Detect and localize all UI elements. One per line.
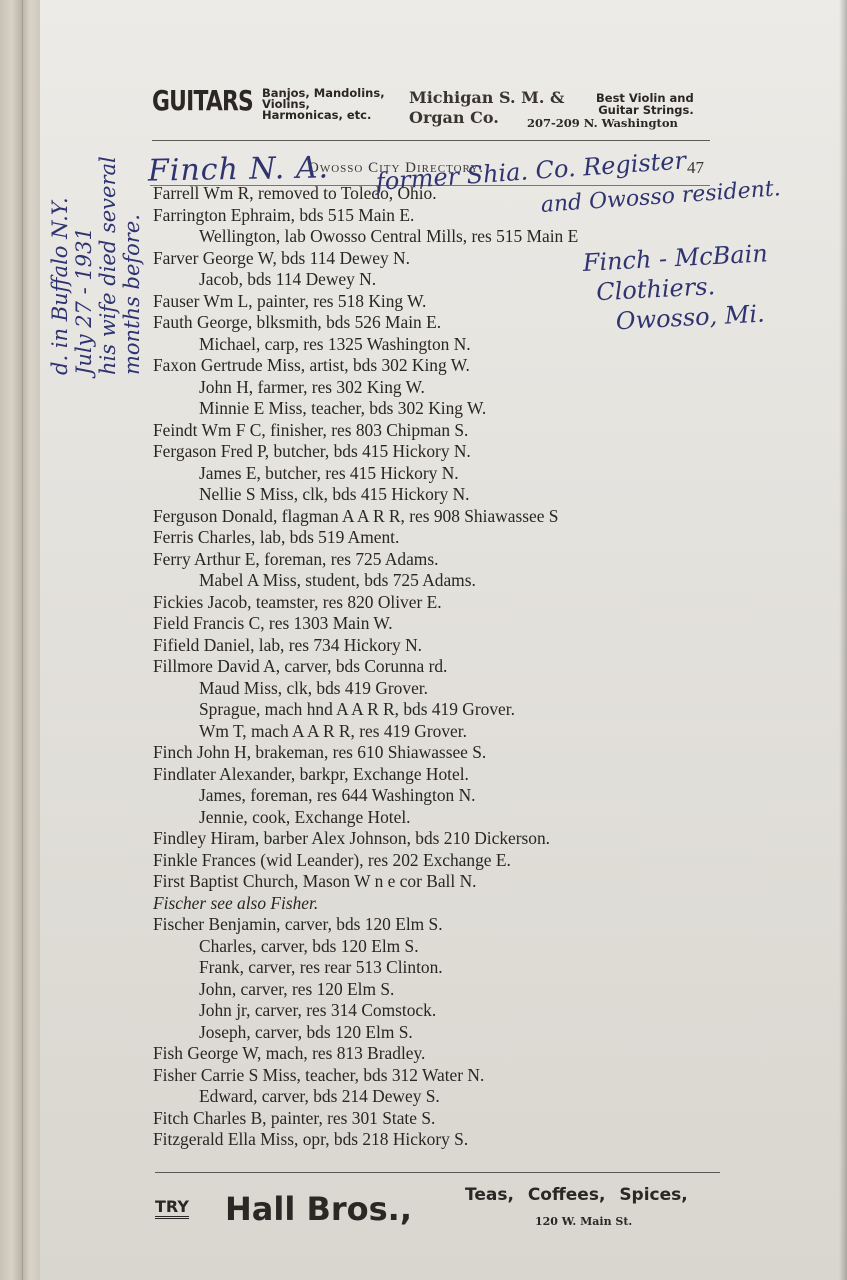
ad-instruments: Banjos, Mandolins, Violins, Harmonicas, … <box>262 88 385 121</box>
directory-entry: Findley Hiram, barber Alex Johnson, bds … <box>153 828 733 850</box>
directory-entry: Fitzgerald Ella Miss, opr, bds 218 Hicko… <box>153 1129 733 1151</box>
directory-entry-sub: Edward, carver, bds 214 Dewey S. <box>153 1086 733 1108</box>
ad-goods: Teas, Coffees, Spices, <box>465 1185 688 1205</box>
handwritten-clothier-note: Finch - McBain Clothiers. Owosso, Mi. <box>582 238 772 338</box>
directory-entry: Field Francis C, res 1303 Main W. <box>153 613 733 635</box>
directory-entry-sub: Maud Miss, clk, bds 419 Grover. <box>153 678 733 700</box>
ad-strings: Best Violin and Guitar Strings. <box>596 92 694 116</box>
directory-entry-sub: Charles, carver, bds 120 Elm S. <box>153 936 733 958</box>
handwritten-margin-note: d. in Buffalo N.Y. July 27 - 1931 his wi… <box>48 0 144 375</box>
directory-entry: Ferris Charles, lab, bds 519 Ament. <box>153 527 733 549</box>
ad-address: 120 W. Main St. <box>535 1215 632 1228</box>
directory-entry-sub: John H, farmer, res 302 King W. <box>153 377 733 399</box>
directory-entry: First Baptist Church, Mason W n e cor Ba… <box>153 871 733 893</box>
directory-entry-sub: John, carver, res 120 Elm S. <box>153 979 733 1001</box>
directory-entry: Faxon Gertrude Miss, artist, bds 302 Kin… <box>153 355 733 377</box>
directory-entry: Ferguson Donald, flagman A A R R, res 90… <box>153 506 733 528</box>
bottom-advertisement: TRY Hall Bros., Teas, Coffees, Spices, 1… <box>155 1185 725 1245</box>
directory-entry: Fillmore David A, carver, bds Corunna rd… <box>153 656 733 678</box>
directory-entry: Fischer Benjamin, carver, bds 120 Elm S. <box>153 914 733 936</box>
directory-entry: Finkle Frances (wid Leander), res 202 Ex… <box>153 850 733 872</box>
directory-entry: Fickies Jacob, teamster, res 820 Oliver … <box>153 592 733 614</box>
directory-entry: Fergason Fred P, butcher, bds 415 Hickor… <box>153 441 733 463</box>
directory-entry-sub: Wm T, mach A A R R, res 419 Grover. <box>153 721 733 743</box>
page-number: 47 <box>687 158 704 178</box>
directory-entry: Fitch Charles B, painter, res 301 State … <box>153 1108 733 1130</box>
top-rule <box>152 140 710 141</box>
directory-entry-sub: Nellie S Miss, clk, bds 415 Hickory N. <box>153 484 733 506</box>
ad-address: 207-209 N. Washington <box>527 116 678 130</box>
directory-entry-sub: James E, butcher, res 415 Hickory N. <box>153 463 733 485</box>
directory-entry-sub: Minnie E Miss, teacher, bds 302 King W. <box>153 398 733 420</box>
ad-try-label: TRY <box>155 1199 189 1219</box>
directory-entry: Fischer see also Fisher. <box>153 893 733 915</box>
directory-entry: Fifield Daniel, lab, res 734 Hickory N. <box>153 635 733 657</box>
directory-entry-sub: Joseph, carver, bds 120 Elm S. <box>153 1022 733 1044</box>
directory-entry: Fisher Carrie S Miss, teacher, bds 312 W… <box>153 1065 733 1087</box>
directory-entry: Ferry Arthur E, foreman, res 725 Adams. <box>153 549 733 571</box>
directory-entry: Fish George W, mach, res 813 Bradley. <box>153 1043 733 1065</box>
directory-entry: Finch John H, brakeman, res 610 Shiawass… <box>153 742 733 764</box>
directory-entry: Feindt Wm F C, finisher, res 803 Chipman… <box>153 420 733 442</box>
top-advertisement: GUITARS Banjos, Mandolins, Violins, Harm… <box>152 84 712 134</box>
directory-entry-sub: Michael, carp, res 1325 Washington N. <box>153 334 733 356</box>
directory-entry-sub: Sprague, mach hnd A A R R, bds 419 Grove… <box>153 699 733 721</box>
directory-entry-sub: James, foreman, res 644 Washington N. <box>153 785 733 807</box>
directory-entry-sub: Jennie, cook, Exchange Hotel. <box>153 807 733 829</box>
book-binding <box>0 0 40 1280</box>
ad-company-name: Hall Bros., <box>225 1189 412 1229</box>
directory-entry: Findlater Alexander, barkpr, Exchange Ho… <box>153 764 733 786</box>
directory-entry-sub: Frank, carver, res rear 513 Clinton. <box>153 957 733 979</box>
ad-headline: GUITARS <box>152 86 253 116</box>
directory-entry-sub: John jr, carver, res 314 Comstock. <box>153 1000 733 1022</box>
bottom-rule <box>155 1172 720 1173</box>
directory-entry-sub: Mabel A Miss, student, bds 725 Adams. <box>153 570 733 592</box>
handwritten-name: Finch N. A. <box>148 150 330 188</box>
